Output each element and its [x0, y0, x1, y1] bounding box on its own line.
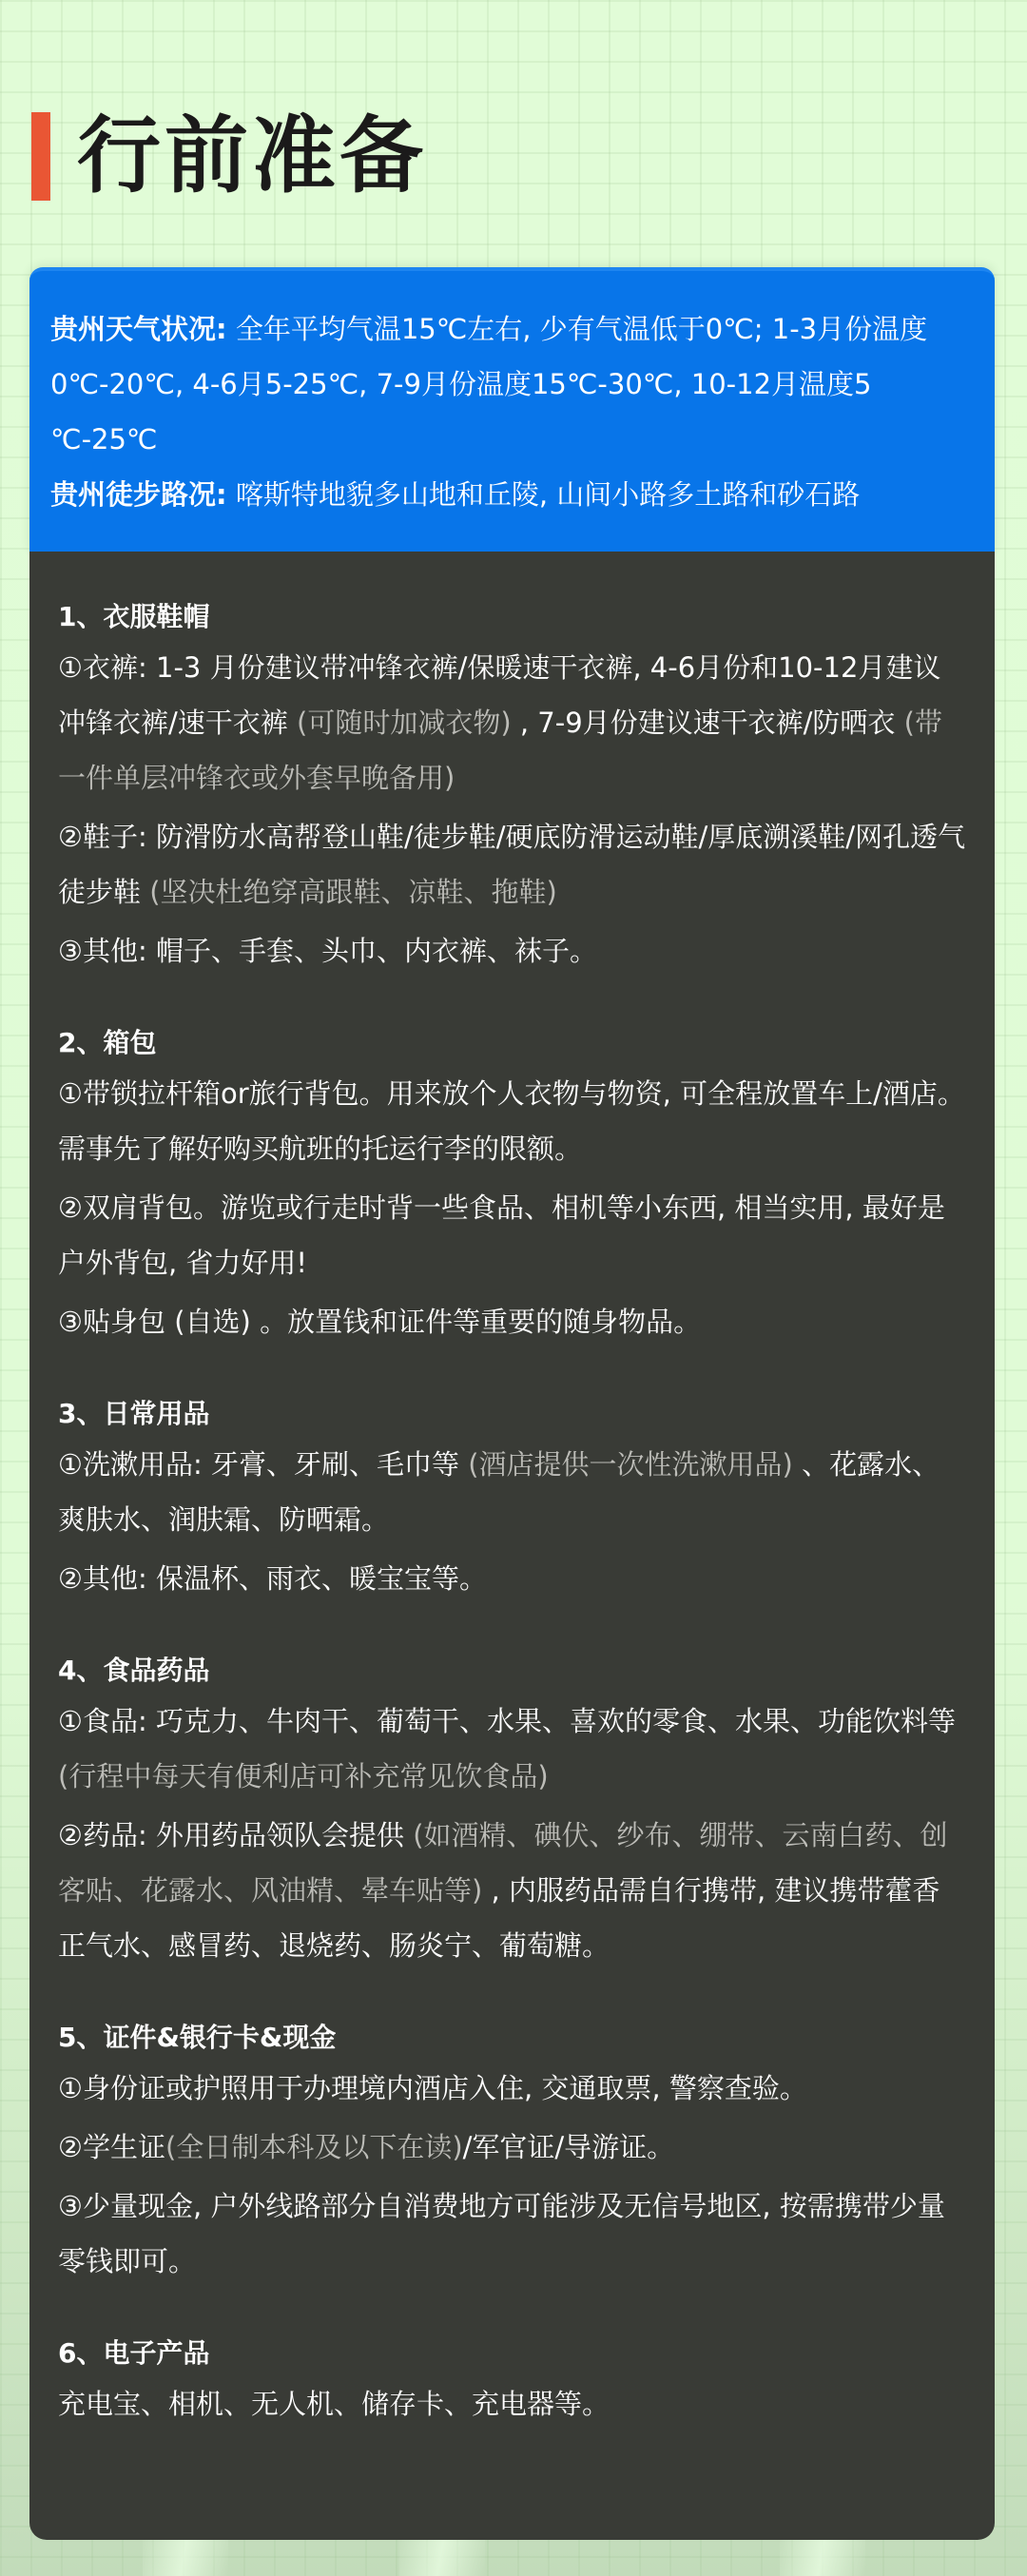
section-heading: 4、食品药品 [58, 1648, 966, 1694]
section-heading: 5、证件&银行卡&现金 [58, 2015, 966, 2061]
item-note: (全日制本科及以下在读) [165, 2131, 463, 2163]
list-item: ①身份证或护照用于办理境内酒店入住, 交通取票, 警察查验。 [58, 2061, 966, 2116]
item-note: (酒店提供一次性洗漱用品) [459, 1448, 802, 1481]
list-item: ①带锁拉杆箱or旅行背包。用来放个人衣物与物资, 可全程放置车上/酒店。需事先了… [58, 1066, 966, 1176]
item-text: ①食品: 巧克力、牛肉干、葡萄干、水果、喜欢的零食、水果、功能饮料等 [58, 1705, 956, 1737]
list-item: ②鞋子: 防滑防水高帮登山鞋/徒步鞋/硬底防滑运动鞋/厚底溯溪鞋/网孔透气徒步鞋… [58, 809, 966, 920]
item-text: ②双肩背包。游览或行走时背一些食品、相机等小东西, 相当实用, 最好是户外背包,… [58, 1191, 945, 1279]
road-label: 贵州徒步路况: [50, 478, 227, 511]
road-paragraph: 贵州徒步路况: 喀斯特地貌多山地和丘陵, 山间小路多土路和砂石路 [50, 467, 974, 522]
section-heading: 1、衣服鞋帽 [58, 594, 966, 640]
item-note: (可随时加减衣物) [288, 707, 520, 739]
section-documents-cash: 5、证件&银行卡&现金 ①身份证或护照用于办理境内酒店入住, 交通取票, 警察查… [58, 2015, 966, 2289]
section-electronics: 6、电子产品 充电宝、相机、无人机、储存卡、充电器等。 [58, 2331, 966, 2431]
list-item: ②其他: 保温杯、雨衣、暖宝宝等。 [58, 1551, 966, 1606]
list-item: ③贴身包 (自选) 。放置钱和证件等重要的随身物品。 [58, 1294, 966, 1349]
list-item: ②药品: 外用药品领队会提供 (如酒精、碘伏、纱布、绷带、云南白药、创客贴、花露… [58, 1808, 966, 1973]
list-item: ③少量现金, 户外线路部分自消费地方可能涉及无信号地区, 按需携带少量零钱即可。 [58, 2179, 966, 2289]
section-bags: 2、箱包 ①带锁拉杆箱or旅行背包。用来放个人衣物与物资, 可全程放置车上/酒店… [58, 1020, 966, 1349]
list-item: ②双肩背包。游览或行走时背一些食品、相机等小东西, 相当实用, 最好是户外背包,… [58, 1180, 966, 1290]
packing-list-card: 1、衣服鞋帽 ①衣裤: 1-3 月份建议带冲锋衣裤/保暖速干衣裤, 4-6月份和… [29, 552, 995, 2540]
weather-label: 贵州天气状况: [50, 313, 227, 345]
section-food-medicine: 4、食品药品 ①食品: 巧克力、牛肉干、葡萄干、水果、喜欢的零食、水果、功能饮料… [58, 1648, 966, 1973]
weather-paragraph: 贵州天气状况: 全年平均气温15℃左右, 少有气温低于0℃; 1-3月份温度0℃… [50, 301, 974, 467]
list-item: ②学生证(全日制本科及以下在读)/军官证/导游证。 [58, 2120, 966, 2175]
item-text: ①身份证或护照用于办理境内酒店入住, 交通取票, 警察查验。 [58, 2072, 807, 2104]
road-text: 喀斯特地貌多山地和丘陵, 山间小路多土路和砂石路 [227, 478, 861, 511]
item-text: , 7-9月份建议速干衣裤/防晒衣 [520, 707, 896, 739]
page-header: 行前准备 [31, 111, 427, 201]
item-text: 充电宝、相机、无人机、储存卡、充电器等。 [58, 2388, 610, 2420]
list-item: ①食品: 巧克力、牛肉干、葡萄干、水果、喜欢的零食、水果、功能饮料等 (行程中每… [58, 1694, 966, 1804]
item-note: (行程中每天有便利店可补充常见饮食品) [58, 1760, 549, 1792]
item-text: ③少量现金, 户外线路部分自消费地方可能涉及无信号地区, 按需携带少量零钱即可。 [58, 2190, 945, 2277]
item-text: ③其他: 帽子、手套、头巾、内衣裤、袜子。 [58, 935, 597, 967]
section-heading: 3、日常用品 [58, 1391, 966, 1437]
page-title: 行前准备 [77, 111, 427, 201]
item-note: (坚决杜绝穿高跟鞋、凉鞋、拖鞋) [141, 876, 557, 908]
weather-info-card: 贵州天气状况: 全年平均气温15℃左右, 少有气温低于0℃; 1-3月份温度0℃… [29, 267, 995, 552]
item-text: ②药品: 外用药品领队会提供 [58, 1819, 404, 1851]
list-item: ①洗漱用品: 牙膏、牙刷、毛巾等 (酒店提供一次性洗漱用品) 、花露水、爽肤水、… [58, 1437, 966, 1547]
list-item: 充电宝、相机、无人机、储存卡、充电器等。 [58, 2376, 966, 2431]
section-heading: 2、箱包 [58, 1020, 966, 1066]
item-text: ②学生证 [58, 2131, 165, 2163]
item-text: ③贴身包 (自选) 。放置钱和证件等重要的随身物品。 [58, 1306, 701, 1338]
item-text: ②其他: 保温杯、雨衣、暖宝宝等。 [58, 1562, 487, 1595]
item-text: ①带锁拉杆箱or旅行背包。用来放个人衣物与物资, 可全程放置车上/酒店。需事先了… [58, 1077, 965, 1165]
section-heading: 6、电子产品 [58, 2331, 966, 2376]
item-text: /军官证/导游证。 [463, 2131, 675, 2163]
title-accent-bar [31, 112, 50, 201]
section-daily-items: 3、日常用品 ①洗漱用品: 牙膏、牙刷、毛巾等 (酒店提供一次性洗漱用品) 、花… [58, 1391, 966, 1606]
section-clothing: 1、衣服鞋帽 ①衣裤: 1-3 月份建议带冲锋衣裤/保暖速干衣裤, 4-6月份和… [58, 594, 966, 978]
list-item: ③其他: 帽子、手套、头巾、内衣裤、袜子。 [58, 923, 966, 978]
item-text: ①洗漱用品: 牙膏、牙刷、毛巾等 [58, 1448, 459, 1481]
list-item: ①衣裤: 1-3 月份建议带冲锋衣裤/保暖速干衣裤, 4-6月份和10-12月建… [58, 640, 966, 805]
